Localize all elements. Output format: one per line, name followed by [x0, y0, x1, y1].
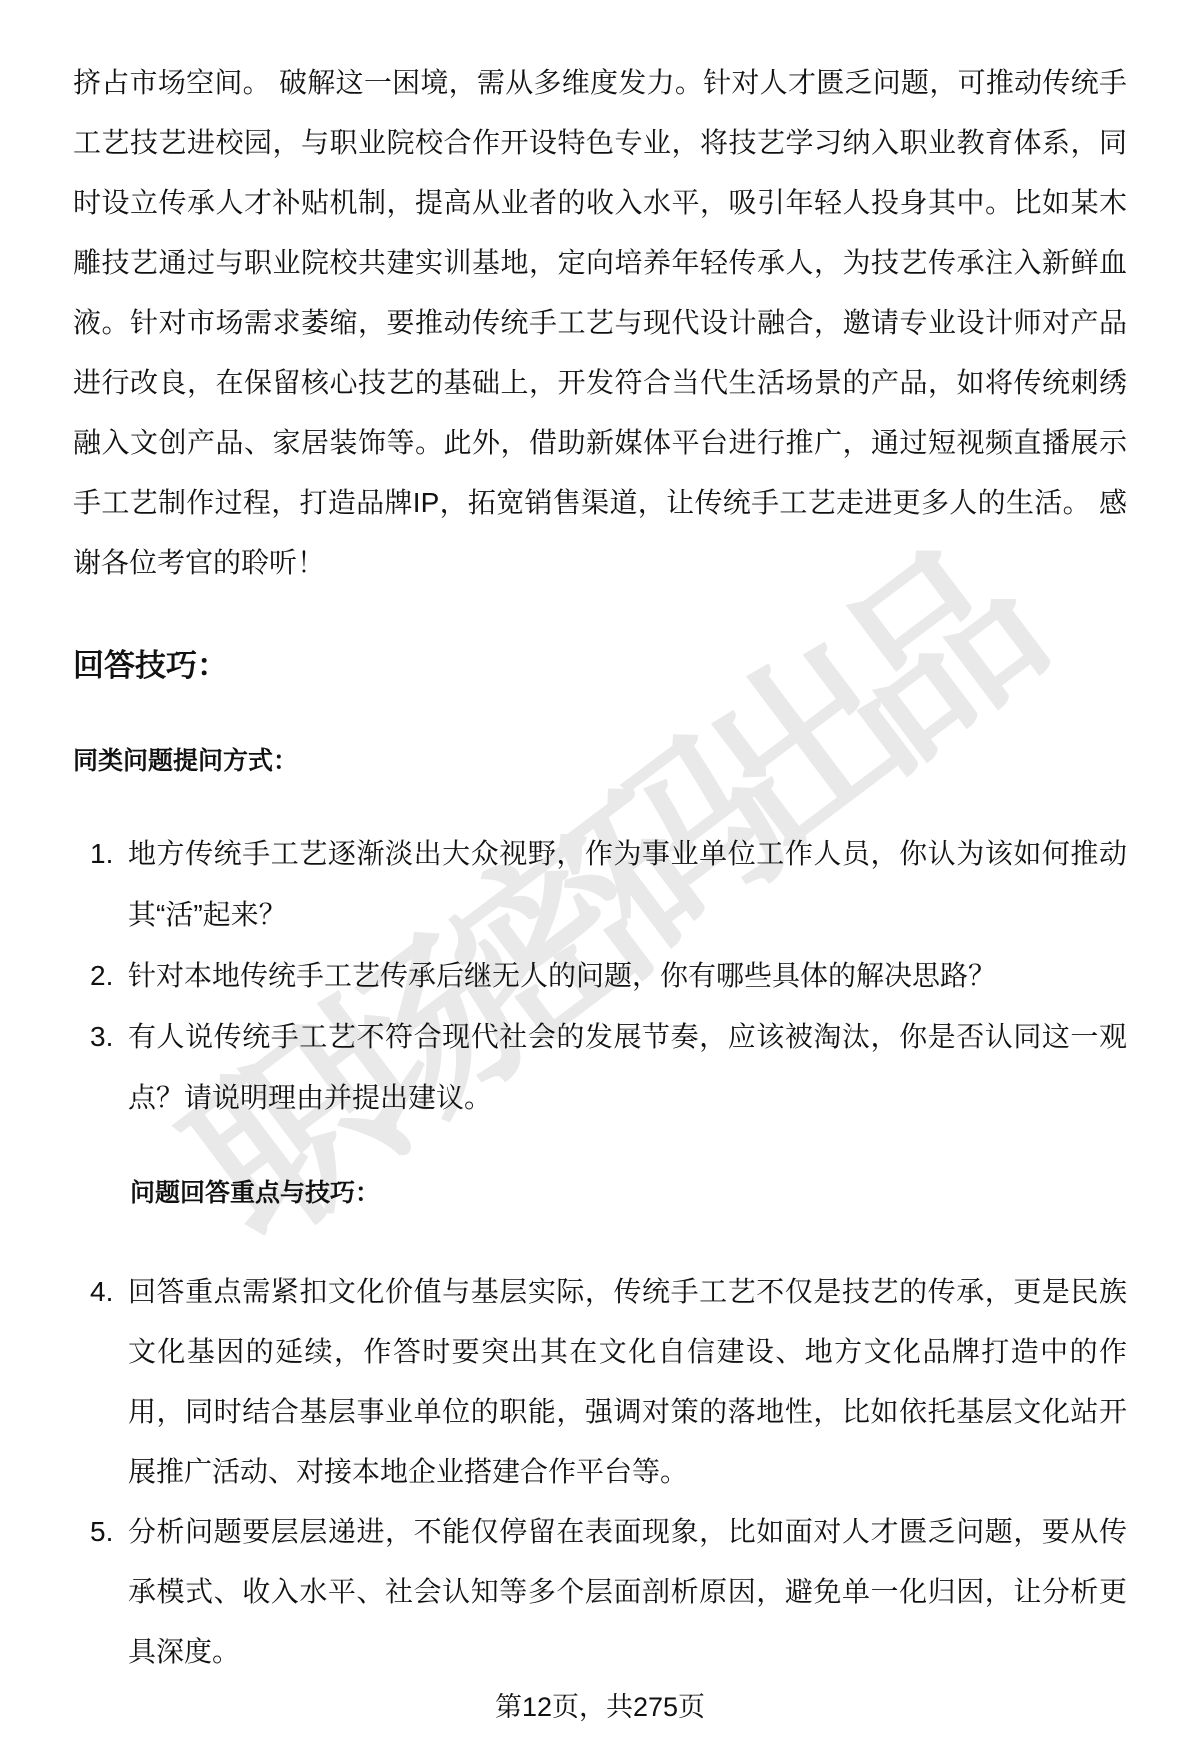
list-item-number: 1. [90, 823, 128, 945]
list-item-text: 回答重点需紧扣文化价值与基层实际，传统手工艺不仅是技艺的传承，更是民族文化基因的… [128, 1262, 1127, 1502]
intro-paragraph: 挤占市场空间。 破解这一困境，需从多维度发力。针对人才匮乏问题，可推动传统手工艺… [73, 53, 1127, 593]
list-item-text: 分析问题要层层递进，不能仅停留在表面现象，比如面对人才匮乏问题，要从传承模式、收… [128, 1502, 1127, 1682]
list-item-number: 4. [90, 1262, 128, 1502]
list-item: 5. 分析问题要层层递进，不能仅停留在表面现象，比如面对人才匮乏问题，要从传承模… [90, 1502, 1127, 1682]
subheading-answer-tips: 问题回答重点与技巧： [130, 1163, 1127, 1223]
list-item-number: 5. [90, 1502, 128, 1682]
document-page: 职场密码出品 挤占市场空间。 破解这一困境，需从多维度发力。针对人才匮乏问题，可… [0, 0, 1200, 1755]
similar-questions-list: 1. 地方传统手工艺逐渐淡出大众视野，作为事业单位工作人员，你认为该如何推动其“… [73, 823, 1127, 1128]
list-item-number: 2. [90, 945, 128, 1006]
subheading-similar-questions: 同类问题提问方式： [73, 731, 1127, 791]
list-item: 1. 地方传统手工艺逐渐淡出大众视野，作为事业单位工作人员，你认为该如何推动其“… [90, 823, 1127, 945]
page-content: 挤占市场空间。 破解这一困境，需从多维度发力。针对人才匮乏问题，可推动传统手工艺… [0, 0, 1200, 1737]
list-item: 3. 有人说传统手工艺不符合现代社会的发展节奏，应该被淘汰，你是否认同这一观点？… [90, 1006, 1127, 1128]
list-item-number: 3. [90, 1006, 128, 1128]
page-number-footer: 第12页，共275页 [73, 1677, 1127, 1737]
section-heading-answer-techniques: 回答技巧： [73, 636, 1127, 696]
answer-tips-list: 4. 回答重点需紧扣文化价值与基层实际，传统手工艺不仅是技艺的传承，更是民族文化… [73, 1262, 1127, 1682]
list-item: 4. 回答重点需紧扣文化价值与基层实际，传统手工艺不仅是技艺的传承，更是民族文化… [90, 1262, 1127, 1502]
list-item-text: 针对本地传统手工艺传承后继无人的问题，你有哪些具体的解决思路？ [128, 945, 1127, 1006]
list-item-text: 地方传统手工艺逐渐淡出大众视野，作为事业单位工作人员，你认为该如何推动其“活”起… [128, 823, 1127, 945]
list-item: 2. 针对本地传统手工艺传承后继无人的问题，你有哪些具体的解决思路？ [90, 945, 1127, 1006]
list-item-text: 有人说传统手工艺不符合现代社会的发展节奏，应该被淘汰，你是否认同这一观点？请说明… [128, 1006, 1127, 1128]
